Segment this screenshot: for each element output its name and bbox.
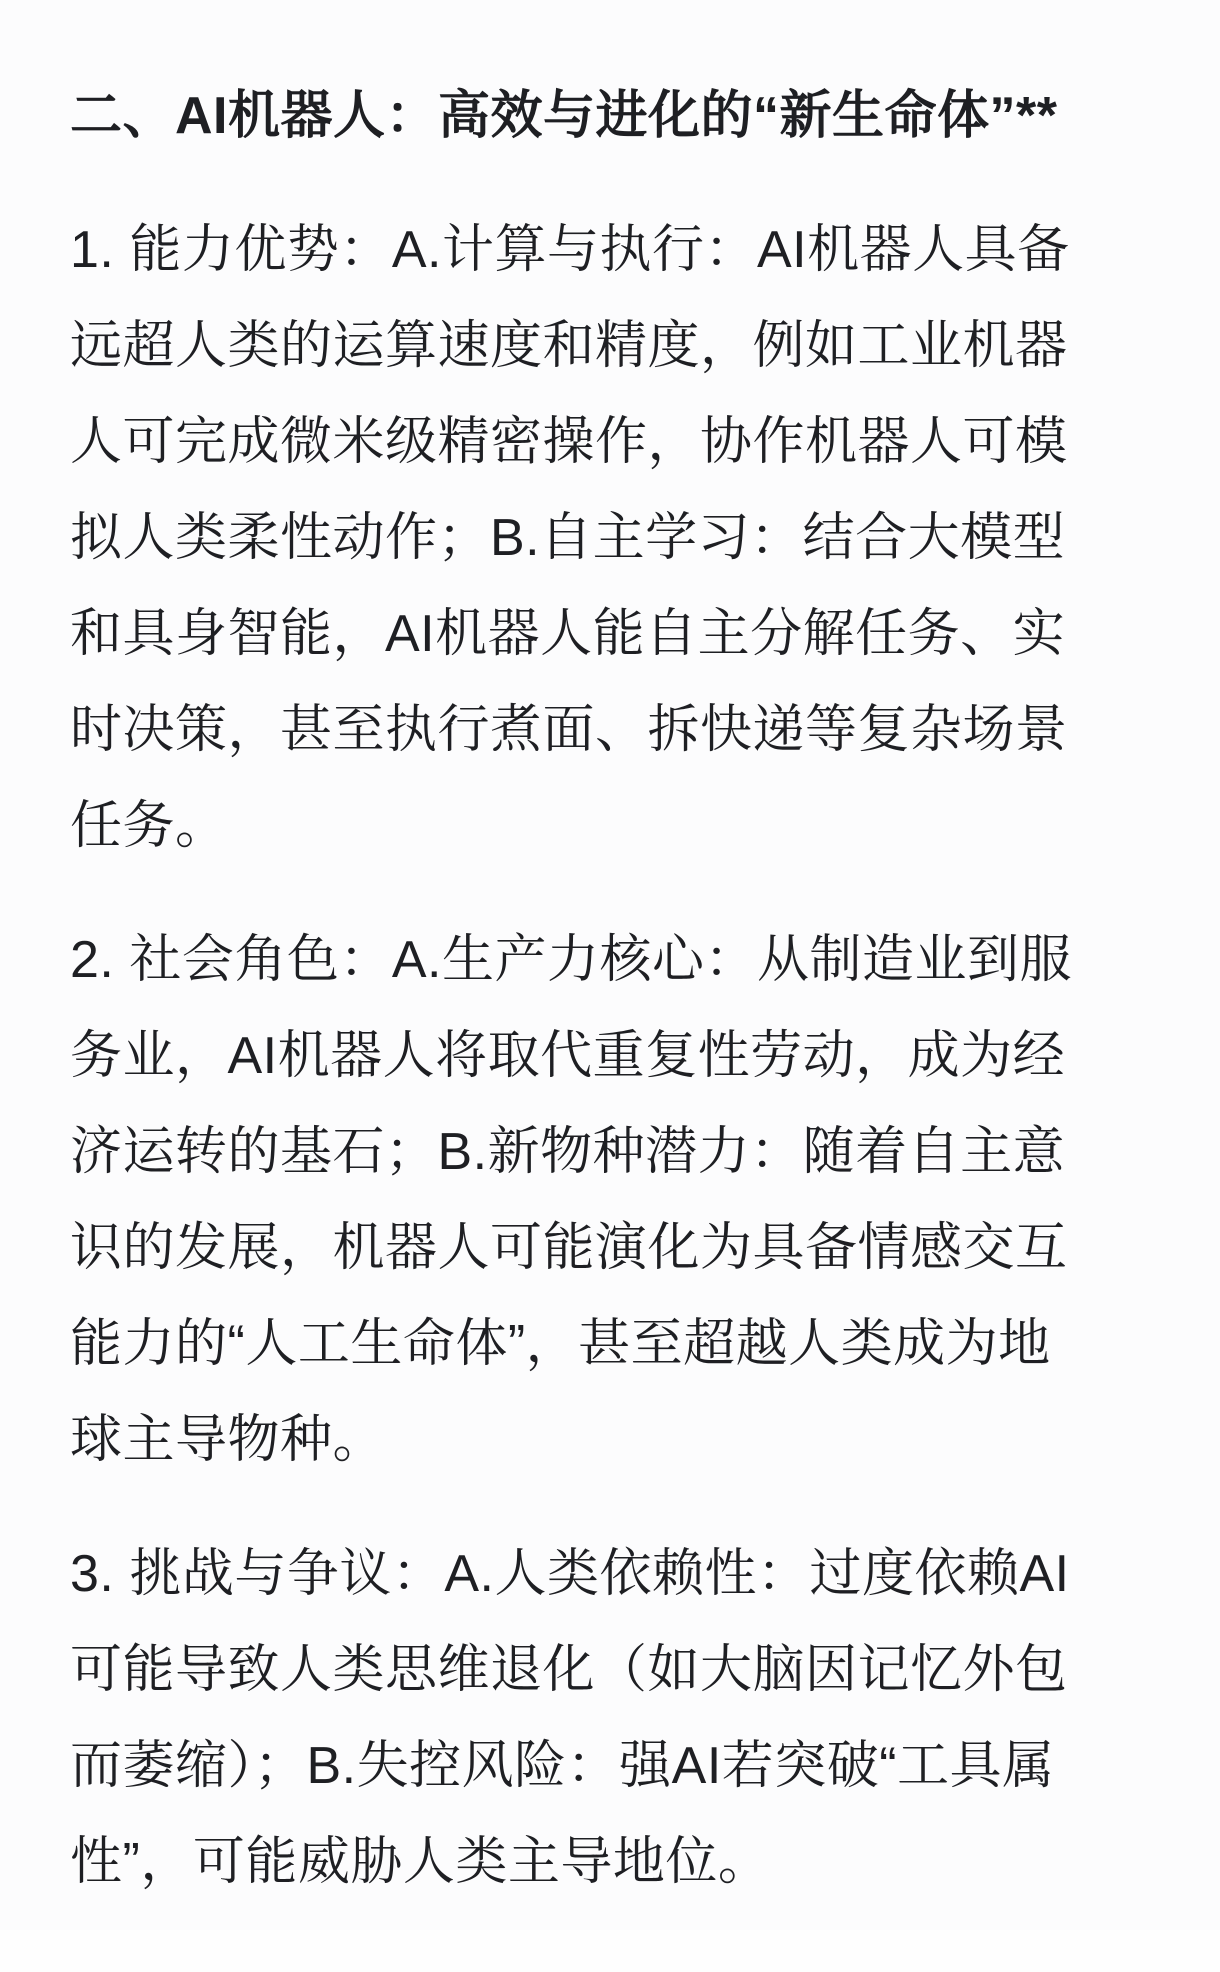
text-line: 拟人类柔性动作；B.自主学习：结合大模型	[70, 490, 1160, 586]
text-line: 2. 社会角色：A.生产力核心：从制造业到服	[70, 912, 1160, 1008]
text-line: 和具身智能，AI机器人能自主分解任务、实	[70, 586, 1160, 682]
paragraph-social-role: 2. 社会角色：A.生产力核心：从制造业到服 务业，AI机器人将取代重复性劳动，…	[70, 912, 1160, 1488]
article-body: 二、AI机器人：高效与进化的“新生命体”** 1. 能力优势：A.计算与执行：A…	[0, 0, 1220, 1910]
text-line: 可能导致人类思维退化（如大脑因记忆外包	[70, 1622, 1160, 1718]
text-line: 任务。	[70, 778, 1160, 874]
text-line: 济运转的基石；B.新物种潜力：随着自主意	[70, 1104, 1160, 1200]
text-line: 务业，AI机器人将取代重复性劳动，成为经	[70, 1008, 1160, 1104]
paragraph-challenges: 3. 挑战与争议：A.人类依赖性：过度依赖AI 可能导致人类思维退化（如大脑因记…	[70, 1526, 1160, 1910]
article-heading: 二、AI机器人：高效与进化的“新生命体”**	[70, 68, 1160, 164]
text-line: 3. 挑战与争议：A.人类依赖性：过度依赖AI	[70, 1526, 1160, 1622]
text-line: 识的发展，机器人可能演化为具备情感交互	[70, 1200, 1160, 1296]
text-line: 人可完成微米级精密操作，协作机器人可模	[70, 394, 1160, 490]
bottom-margin-strip	[0, 1930, 1220, 1972]
paragraph-capability: 1. 能力优势：A.计算与执行：AI机器人具备 远超人类的运算速度和精度，例如工…	[70, 202, 1160, 874]
text-line: 而萎缩）；B.失控风险：强AI若突破“工具属	[70, 1718, 1160, 1814]
text-line: 球主导物种。	[70, 1392, 1160, 1488]
text-line: 时决策，甚至执行煮面、拆快递等复杂场景	[70, 682, 1160, 778]
text-line: 性”，可能威胁人类主导地位。	[70, 1814, 1160, 1910]
text-line: 远超人类的运算速度和精度，例如工业机器	[70, 298, 1160, 394]
text-line: 1. 能力优势：A.计算与执行：AI机器人具备	[70, 202, 1160, 298]
text-line: 能力的“人工生命体”，甚至超越人类成为地	[70, 1296, 1160, 1392]
